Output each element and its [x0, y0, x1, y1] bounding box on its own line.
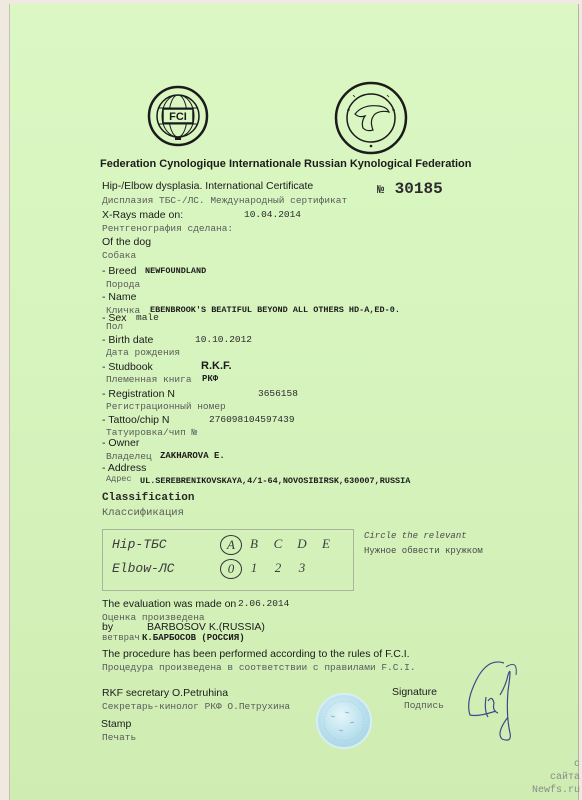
registration-label-en: - Registration N — [102, 388, 175, 400]
evaluation-label-en: The evaluation was made on — [102, 598, 236, 610]
watermark-line-1: с — [532, 758, 580, 771]
hologram-stamp-icon — [315, 692, 373, 750]
by-label-en: by — [102, 621, 113, 633]
certificate-number-value: 30185 — [395, 180, 443, 198]
procedure-text-ru: Процедура произведена в соответствии с п… — [102, 662, 416, 673]
evaluation-date: 2.06.2014 — [238, 598, 289, 609]
signature-icon — [456, 655, 556, 750]
number-symbol: № — [377, 183, 384, 197]
elbow-label: Elbow-ЛС — [112, 561, 174, 576]
address-label-en: - Address — [102, 462, 146, 474]
stamp-label-en: Stamp — [101, 718, 131, 730]
by-label-ru: ветврач — [102, 633, 140, 643]
watermark-line-2: сайта — [532, 771, 580, 784]
dog-section-en: Of the dog — [102, 236, 151, 248]
elbow-grade-1: 1 — [244, 559, 264, 577]
owner-value: ZAKHAROVA E. — [160, 451, 225, 461]
fci-org-name: Federation Cynologique Internationale — [100, 158, 301, 170]
secretary-en: RKF secretary O.Petruhina — [102, 687, 228, 699]
birth-date-value: 10.10.2012 — [195, 334, 252, 345]
sex-label-ru: Пол — [106, 321, 123, 332]
birth-date-label-en: - Birth date — [102, 334, 153, 346]
signature-label-en: Signature — [392, 686, 437, 698]
classification-title-en: Classification — [102, 492, 194, 504]
hip-grade-d: D — [292, 535, 312, 553]
secretary-ru: Секретарь-кинолог РКФ О.Петрухина — [102, 701, 290, 712]
chip-label-en: - Tattoo/chip N — [102, 414, 170, 426]
studbook-value-ru: РКФ — [202, 374, 218, 384]
studbook-label-en: - Studbook — [102, 361, 153, 373]
registration-value: 3656158 — [258, 388, 298, 399]
signature-label-ru: Подпись — [404, 700, 444, 711]
breed-label-ru: Порода — [106, 279, 140, 290]
owner-label-ru: Владелец — [106, 451, 152, 462]
watermark-line-3: Newfs.ru — [532, 784, 580, 797]
dog-section-ru: Собака — [102, 250, 136, 261]
vet-name-ru: К.БАРБОСОВ (РОССИЯ) — [142, 633, 245, 643]
circle-note-ru: Нужное обвести кружком — [364, 546, 483, 556]
registration-label-ru: Регистрационный номер — [106, 401, 226, 412]
address-value: UL.SEREBRENIKOVSKAYA,4/1-64,NOVOSIBIRSK,… — [140, 476, 410, 486]
circle-note-en: Circle the relevant — [364, 531, 467, 541]
certificate-number: № 30185 — [377, 180, 443, 198]
owner-label-en: - Owner — [102, 437, 139, 449]
certificate-title-en: Hip-/Elbow dysplasia. International Cert… — [102, 180, 313, 192]
svg-text:FCI: FCI — [169, 111, 187, 123]
name-value: EBENBROOK'S BEATIFUL BEYOND ALL OTHERS H… — [150, 305, 400, 315]
hip-grade-e: E — [316, 535, 336, 553]
rkf-org-name: Russian Kynological Federation — [304, 158, 471, 170]
studbook-label-ru: Племенная книга — [106, 374, 192, 385]
stamp-label-ru: Печать — [102, 732, 136, 743]
sex-value: male — [136, 312, 159, 323]
xrays-date: 10.04.2014 — [244, 209, 301, 220]
classification-title-ru: Классификация — [102, 507, 184, 519]
studbook-value-en: R.K.F. — [201, 360, 232, 372]
vet-name-en: BARBOSOV K.(RUSSIA) — [147, 621, 265, 633]
chip-value: 276098104597439 — [209, 414, 295, 425]
certificate-title-ru: Дисплазия ТБС-/ЛС. Международный сертифи… — [102, 195, 347, 206]
address-label-ru: Адрес — [106, 474, 132, 484]
name-label-en: - Name — [102, 291, 136, 303]
hip-grade-b: B — [244, 535, 264, 553]
xrays-label-ru: Рентгенография сделана: — [102, 223, 233, 234]
hip-label: Hip-ТБС — [112, 537, 167, 552]
elbow-grade-0: 0 — [220, 559, 242, 579]
watermark: с сайта Newfs.ru — [532, 758, 580, 797]
birth-date-label-ru: Дата рождения — [106, 347, 180, 358]
elbow-grade-2: 2 — [268, 559, 288, 577]
hip-grade-c: C — [268, 535, 288, 553]
breed-value: NEWFOUNDLAND — [145, 266, 206, 276]
procedure-text-en: The procedure has been performed accordi… — [102, 648, 410, 660]
hip-grade-a: A — [220, 535, 242, 555]
elbow-grade-3: 3 — [292, 559, 312, 577]
fci-logo-icon: FCI — [146, 84, 210, 148]
rkf-logo-icon — [333, 80, 409, 156]
breed-label-en: - Breed — [102, 265, 136, 277]
xrays-label-en: X-Rays made on: — [102, 209, 183, 221]
